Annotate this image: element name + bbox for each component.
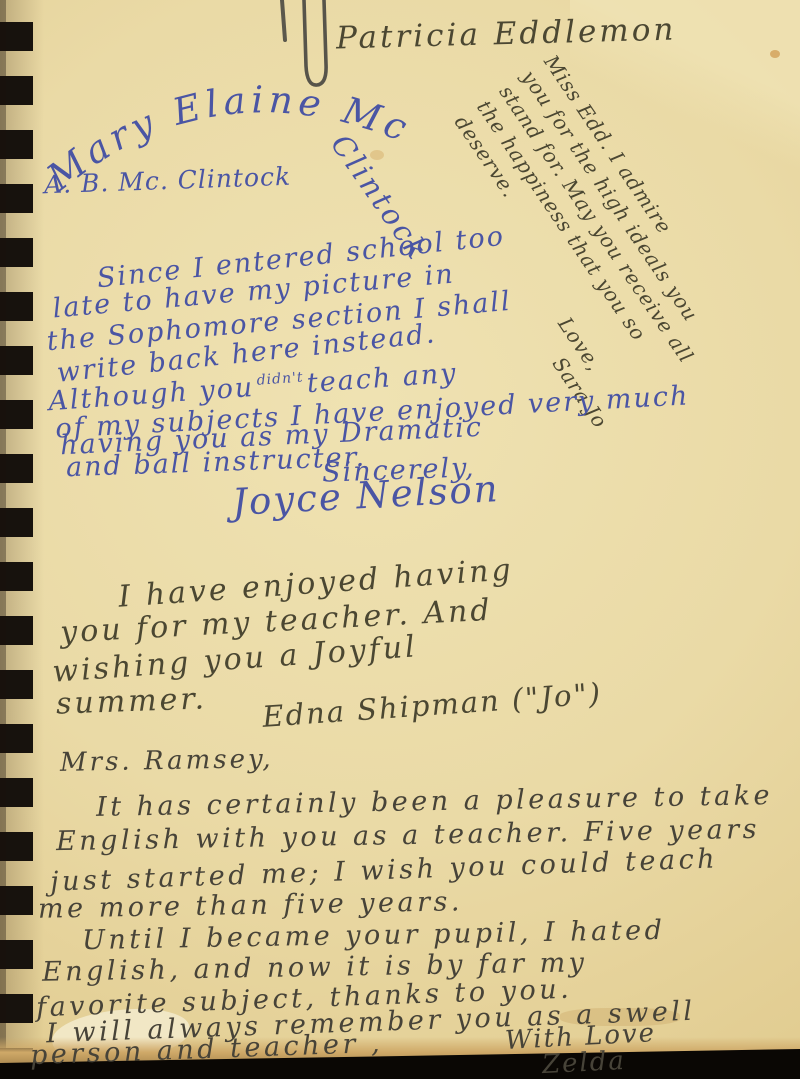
note-zelda-salutation: Mrs. Ramsey, xyxy=(60,744,274,778)
autograph-book-page: Patricia Eddlemon Mary Elaine Mc Clintoc… xyxy=(0,0,800,1079)
note-edna-line4: summer. xyxy=(55,681,207,721)
inserted-word-didnt: didn't xyxy=(256,369,304,388)
signature-zelda: Zelda xyxy=(541,1046,626,1079)
